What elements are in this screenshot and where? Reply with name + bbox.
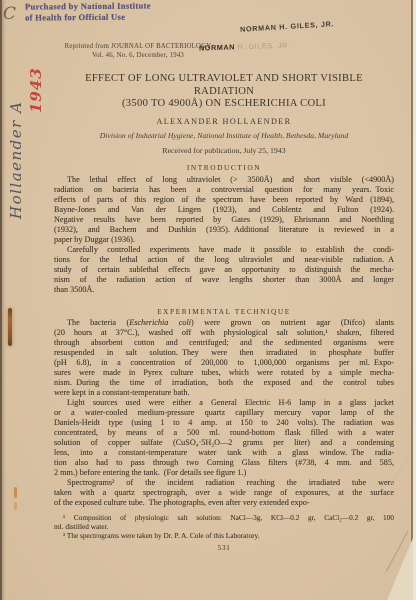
text-line: Carefully controlled experiments have ma…: [54, 245, 394, 255]
text-line: Daniels-Heidt type (using 1 to 4 amp. at…: [54, 418, 394, 428]
text-line: through absorbent cotton and centrifuged…: [54, 338, 394, 348]
text-line: tions for the lethal action of the long …: [54, 255, 394, 265]
text-line: of the exposed culture tube. The photogr…: [54, 498, 394, 508]
article-title: EFFECT OF LONG ULTRAVIOLET AND SHORT VIS…: [54, 73, 394, 111]
text-line: radiation on bacteria has been a controv…: [54, 185, 394, 195]
text-line: solution of copper sulfate (CuSO₄·5H₂O—2…: [54, 438, 394, 448]
text-line: than 3500Å.: [54, 285, 394, 295]
text-line: or a water-cooled medium-pressure quartz…: [54, 408, 394, 418]
paragraph: Light sources used were either a General…: [54, 398, 394, 478]
ownership-stamp-line2: of Health for Official Use: [25, 11, 151, 23]
section-heading-experimental-technique: EXPERIMENTAL TECHNIQUE: [54, 307, 394, 316]
received-line: Received for publication, July 25, 1943: [54, 146, 394, 155]
text-line: (1932), and Bachem and Dushkin (1935). A…: [54, 225, 394, 235]
page-left-edge-line: [0, 0, 2, 600]
text-line: effects of parts of this region of the s…: [54, 195, 394, 205]
page-number: 531: [54, 543, 394, 552]
text-line: study of certain sublethal effects gave …: [54, 265, 394, 275]
text-line: (20 hours at 37°C.), washed off with phy…: [54, 328, 394, 338]
scanned-page: Purchased by National Institute of Healt…: [0, 0, 416, 600]
text-line: concentrated, by means of a 500 ml. roun…: [54, 428, 394, 438]
staple: [8, 308, 12, 346]
text-line: (pH 6.8), in a concentration of 200,000 …: [54, 358, 394, 368]
text-line: Negative results have been reported by G…: [54, 215, 394, 225]
owner-name-stamp: NORMAN H. GILES, JR.: [240, 19, 335, 34]
author-affiliation: Division of Industrial Hygiene, National…: [54, 131, 394, 140]
text-line: Light sources used were either a General…: [54, 398, 394, 408]
paragraph: The lethal effect of long ultraviolet (>…: [54, 175, 394, 245]
handwritten-year-vertical: 1943: [27, 67, 45, 113]
text-line: ml. distilled water.: [54, 522, 394, 531]
text-line: were kept in a constant-temperature bath…: [54, 388, 394, 398]
ownership-stamp: Purchased by National Institute of Healt…: [25, 0, 151, 22]
reprint-source-line: Reprinted from JOURNAL OF BACTERIOLOGY: [55, 43, 221, 52]
experimental-technique-text: The bacteria (Escherichia coli) were gro…: [54, 318, 394, 508]
text-line: The bacteria (Escherichia coli) were gro…: [54, 318, 394, 328]
text-line: sures were made in Pyrex culture tubes, …: [54, 368, 394, 378]
text-line: The lethal effect of long ultraviolet (>…: [54, 175, 394, 185]
rust-mark: [14, 487, 17, 498]
corner-fold: [387, 538, 413, 600]
text-line: nism of the radiation action of wave len…: [54, 275, 394, 285]
text-line: nism. During the time of irradiation, bo…: [54, 378, 394, 388]
rust-mark: [14, 502, 17, 510]
text-line: 2 mm.) before entering the tank. (For de…: [54, 468, 394, 478]
text-line: taken with a quartz spectrograph, over a…: [54, 488, 394, 498]
article-column: EFFECT OF LONG ULTRAVIOLET AND SHORT VIS…: [54, 73, 394, 552]
footnotes: ¹ Composition of physiologic salt soluti…: [54, 513, 394, 541]
article-title-line1: EFFECT OF LONG ULTRAVIOLET AND SHORT VIS…: [54, 73, 394, 98]
text-line: Bayne-Jones and Van der Lingen (1923), a…: [54, 205, 394, 215]
owner-name-stamp-faint-rest: H. GILES, JR.: [235, 40, 291, 51]
introduction-text: The lethal effect of long ultraviolet (>…: [54, 175, 394, 295]
text-line: lens, into a constant-temperature water …: [54, 448, 394, 458]
text-line: paper by Duggar (1936).: [54, 235, 394, 245]
ownership-stamp-line1: Purchased by National Institute: [25, 0, 151, 12]
text-line: Spectrograms² of the incident radiation …: [54, 478, 394, 488]
paragraph: ¹ Composition of physiologic salt soluti…: [54, 513, 394, 532]
paragraph: Carefully controlled experiments have ma…: [54, 245, 394, 295]
text-line: ² The spectrograms were taken by Dr. P. …: [54, 531, 394, 540]
paragraph: Spectrograms² of the incident radiation …: [54, 478, 394, 508]
reprint-info: Reprinted from JOURNAL OF BACTERIOLOGY V…: [55, 43, 221, 61]
text-line: resuspended in salt solution. They were …: [54, 348, 394, 358]
author-name: ALEXANDER HOLLAENDER: [54, 117, 394, 126]
reprint-volume-line: Vol. 46, No. 6, December, 1943: [55, 52, 221, 61]
text-line: ¹ Composition of physiologic salt soluti…: [54, 513, 394, 522]
text-line: tion also had to pass through two Cornin…: [54, 458, 394, 468]
section-heading-introduction: INTRODUCTION: [54, 163, 394, 172]
paragraph: The bacteria (Escherichia coli) were gro…: [54, 318, 394, 398]
paragraph: ² The spectrograms were taken by Dr. P. …: [54, 531, 394, 540]
handwritten-author-vertical: Hollaender A: [7, 101, 25, 219]
article-title-line2: (3500 TO 4900Å) ON ESCHERICHIA COLI: [54, 98, 394, 111]
